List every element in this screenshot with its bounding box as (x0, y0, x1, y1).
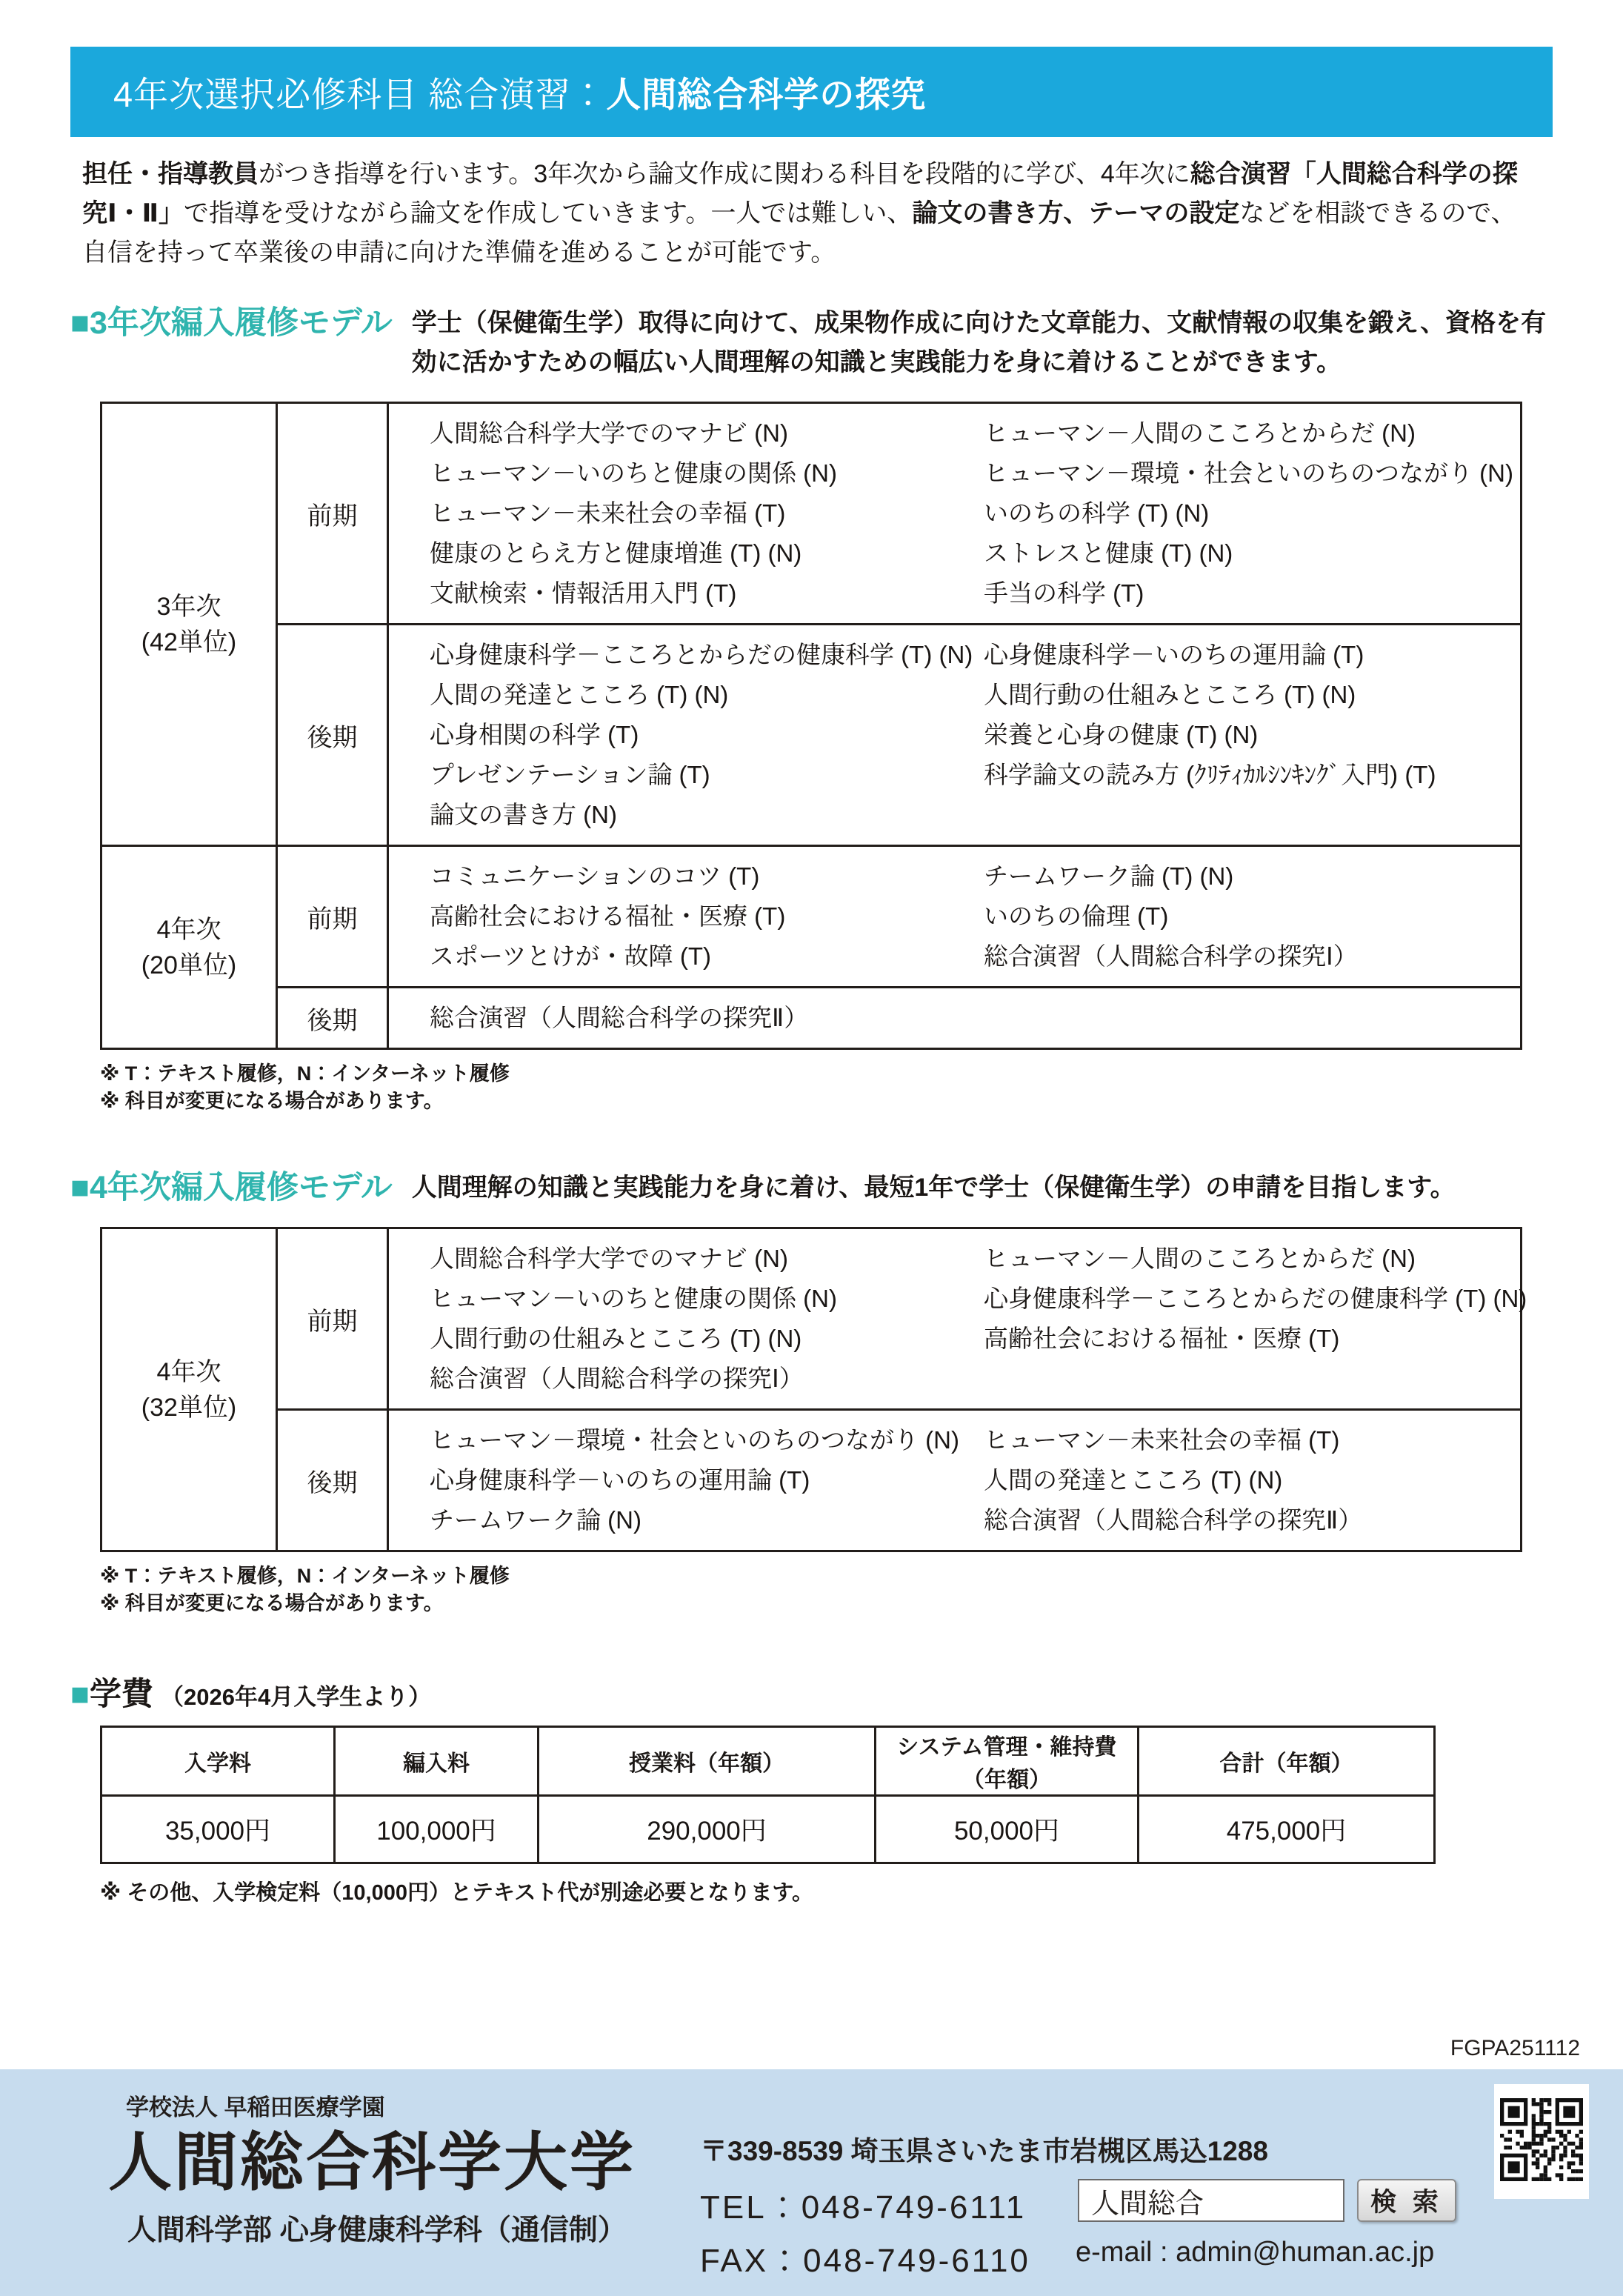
tel-number: TEL：048-749-6111 (700, 2180, 1026, 2228)
course-item: 人間行動の仕組みとこころ (T) (N) (984, 675, 1520, 715)
model3-table: 3年次 (42単位) 前期 人間総合科学大学でのマナビ (N)ヒューマン－いのち… (100, 402, 1522, 1050)
qr-code (1494, 2084, 1589, 2199)
course-item: いのちの倫理 (T) (984, 896, 1520, 936)
year-label: 4年次 (103, 912, 275, 948)
course-list: 総合演習（人間総合科学の探究Ⅱ） (430, 998, 984, 1038)
course-item: ヒューマン－いのちと健康の関係 (N) (430, 453, 984, 493)
fees-value: 100,000円 (335, 1796, 539, 1863)
model3-notes: ※ T：テキスト履修，N：インターネット履修 ※ 科目が変更になる場合があります… (100, 1060, 1553, 1115)
course-list: ヒューマン－人間のこころとからだ (N)心身健康科学－こころとからだの健康科学 … (984, 1239, 1527, 1399)
model3-title: ■3年次編入履修モデル (70, 304, 393, 342)
fees-title: 学費 (90, 1677, 153, 1712)
fees-value: 290,000円 (539, 1796, 876, 1863)
search-input[interactable] (1078, 2179, 1344, 2222)
note-line: ※ T：テキスト履修，N：インターネット履修 (100, 1563, 1553, 1590)
fees-header: 合計（年額） (1139, 1727, 1435, 1796)
fees-header: システム管理・維持費（年額） (876, 1727, 1139, 1796)
course-item: スポーツとけが・故障 (T) (430, 936, 984, 976)
term-cell: 後期 (277, 988, 388, 1049)
postal-address: 〒339-8539 埼玉県さいたま市岩槻区馬込1288 (700, 2129, 1268, 2169)
courses-cell: 心身健康科学－こころとからだの健康科学 (T) (N)人間の発達とこころ (T)… (388, 625, 1522, 846)
course-item: コミュニケーションのコツ (T) (430, 856, 984, 896)
courses-cell: 人間総合科学大学でのマナビ (N)ヒューマン－いのちと健康の関係 (N)人間行動… (388, 1228, 1522, 1410)
year-label: 4年次 (103, 1354, 275, 1390)
course-item: 総合演習（人間総合科学の探究Ⅰ） (430, 1359, 984, 1399)
table-row: 3年次 (42単位) 前期 人間総合科学大学でのマナビ (N)ヒューマン－いのち… (101, 403, 1522, 625)
course-list: 人間総合科学大学でのマナビ (N)ヒューマン－いのちと健康の関係 (N)人間行動… (430, 1239, 984, 1399)
qr-pattern-icon (1500, 2098, 1583, 2185)
course-item: ヒューマン－人間のこころとからだ (N) (984, 413, 1520, 453)
course-item: 心身健康科学－いのちの運用論 (T) (430, 1460, 984, 1500)
course-list: 人間総合科学大学でのマナビ (N)ヒューマン－いのちと健康の関係 (N)ヒューマ… (430, 413, 984, 613)
table-row: 後期 総合演習（人間総合科学の探究Ⅱ） (101, 988, 1522, 1049)
term-cell: 前期 (277, 403, 388, 625)
course-list (984, 998, 1520, 1038)
fees-table: 入学料 編入料 授業料（年額） システム管理・維持費（年額） 合計（年額） 35… (100, 1726, 1436, 1864)
course-item: 人間行動の仕組みとこころ (T) (N) (430, 1319, 984, 1359)
note-line: ※ 科目が変更になる場合があります。 (100, 1590, 1553, 1617)
course-item: チームワーク論 (N) (430, 1500, 984, 1540)
units-label: (20単位) (103, 948, 275, 983)
note-line: ※ 科目が変更になる場合があります。 (100, 1088, 1553, 1115)
year-cell: 4年次 (20単位) (101, 846, 277, 1049)
university-name: 人間総合科学大学 (108, 2111, 636, 2203)
intro-paragraph: 担任・指導教員がつき指導を行います。3年次から論文作成に関わる科目を段階的に学び… (82, 155, 1541, 273)
course-item: 健康のとらえ方と健康増進 (T) (N) (430, 533, 984, 573)
course-item: 人間総合科学大学でのマナビ (N) (430, 413, 984, 453)
term-cell: 後期 (277, 1410, 388, 1551)
term-cell: 前期 (277, 846, 388, 988)
intro-text: で指導を受けながら論文を作成していきます。一人では難しい、 (184, 199, 912, 227)
fees-header: 授業料（年額） (539, 1727, 876, 1796)
main-content: 4年次選択必修科目 総合演習：人間総合科学の探究 担任・指導教員がつき指導を行い… (0, 0, 1623, 1906)
header-banner: 4年次選択必修科目 総合演習：人間総合科学の探究 (70, 47, 1553, 137)
email-address: e-mail : admin@human.ac.jp (1076, 2237, 1434, 2269)
model4-title: ■4年次編入履修モデル (70, 1168, 393, 1207)
course-item: 心身健康科学－こころとからだの健康科学 (T) (N) (984, 1279, 1527, 1319)
model4-table: 4年次 (32単位) 前期 人間総合科学大学でのマナビ (N)ヒューマン－いのち… (100, 1227, 1522, 1552)
courses-cell: 人間総合科学大学でのマナビ (N)ヒューマン－いのちと健康の関係 (N)ヒューマ… (388, 403, 1522, 625)
fees-value: 50,000円 (876, 1796, 1139, 1863)
courses-cell: 総合演習（人間総合科学の探究Ⅱ） (388, 988, 1522, 1049)
course-item: 総合演習（人間総合科学の探究Ⅰ） (984, 936, 1520, 976)
banner-emphasis: 人間総合科学の探究 (606, 67, 926, 117)
course-item: 総合演習（人間総合科学の探究Ⅱ） (430, 998, 984, 1038)
course-list: コミュニケーションのコツ (T)高齢社会における福祉・医療 (T)スポーツとけが… (430, 856, 984, 976)
table-row: 後期 ヒューマン－環境・社会といのちのつながり (N)心身健康科学－いのちの運用… (101, 1410, 1522, 1551)
course-item: いのちの科学 (T) (N) (984, 493, 1520, 533)
course-item: 文献検索・情報活用入門 (T) (430, 573, 984, 613)
model4-notes: ※ T：テキスト履修，N：インターネット履修 ※ 科目が変更になる場合があります… (100, 1563, 1553, 1617)
fees-header: 編入料 (335, 1727, 539, 1796)
course-item: ヒューマン－未来社会の幸福 (T) (430, 493, 984, 533)
square-bullet-icon: ■ (70, 305, 90, 341)
units-label: (42単位) (103, 625, 275, 660)
course-item: 心身健康科学－いのちの運用論 (T) (984, 635, 1520, 675)
fees-header: 入学料 (101, 1727, 335, 1796)
course-list: ヒューマン－未来社会の幸福 (T)人間の発達とこころ (T) (N)総合演習（人… (984, 1420, 1520, 1540)
model4-description: 人間理解の知識と実践能力を身に着け、最短1年で学士（保健衛生学）の申請を目指しま… (412, 1168, 1456, 1208)
course-item: ヒューマン－未来社会の幸福 (T) (984, 1420, 1520, 1460)
note-line: ※ T：テキスト履修，N：インターネット履修 (100, 1060, 1553, 1088)
course-item: 高齢社会における福祉・医療 (T) (430, 896, 984, 936)
intro-bold-text: 担任・指導教員 (82, 160, 259, 188)
table-row: 後期 心身健康科学－こころとからだの健康科学 (T) (N)人間の発達とこころ … (101, 625, 1522, 846)
course-item: チームワーク論 (T) (N) (984, 856, 1520, 896)
course-item: 論文の書き方 (N) (430, 795, 984, 835)
course-item: 人間総合科学大学でのマナビ (N) (430, 1239, 984, 1279)
fees-title-note: （2026年4月入学生より） (161, 1678, 431, 1711)
year-cell: 4年次 (32単位) (101, 1228, 277, 1551)
courses-cell: コミュニケーションのコツ (T)高齢社会における福祉・医療 (T)スポーツとけが… (388, 846, 1522, 988)
year-label: 3年次 (103, 589, 275, 625)
model4-section-heading: ■4年次編入履修モデル 人間理解の知識と実践能力を身に着け、最短1年で学士（保健… (70, 1168, 1553, 1208)
year-cell: 3年次 (42単位) (101, 403, 277, 846)
term-cell: 前期 (277, 1228, 388, 1410)
square-bullet-icon: ■ (70, 1677, 90, 1712)
fees-header-row: 入学料 編入料 授業料（年額） システム管理・維持費（年額） 合計（年額） (101, 1727, 1435, 1796)
course-item: ヒューマン－環境・社会といのちのつながり (N) (984, 453, 1520, 493)
course-list: ヒューマン－環境・社会といのちのつながり (N)心身健康科学－いのちの運用論 (… (430, 1420, 984, 1540)
page: 4年次選択必修科目 総合演習：人間総合科学の探究 担任・指導教員がつき指導を行い… (0, 0, 1623, 2296)
course-item: 科学論文の読み方 (ｸﾘﾃｨｶﾙｼﾝｷﾝｸﾞ入門) (T) (984, 755, 1520, 795)
intro-bold-text: 論文の書き方、テーマの設定 (912, 199, 1239, 227)
course-item: 手当の科学 (T) (984, 573, 1520, 613)
course-item: 人間の発達とこころ (T) (N) (430, 675, 984, 715)
course-item: ストレスと健康 (T) (N) (984, 533, 1520, 573)
courses-cell: ヒューマン－環境・社会といのちのつながり (N)心身健康科学－いのちの運用論 (… (388, 1410, 1522, 1551)
units-label: (32単位) (103, 1390, 275, 1425)
fax-number: FAX：048-749-6110 (700, 2234, 1030, 2281)
course-item: 高齢社会における福祉・医療 (T) (984, 1319, 1527, 1359)
search-button[interactable]: 検 索 (1357, 2179, 1456, 2222)
table-row: 4年次 (32単位) 前期 人間総合科学大学でのマナビ (N)ヒューマン－いのち… (101, 1228, 1522, 1410)
course-list: 心身健康科学－いのちの運用論 (T)人間行動の仕組みとこころ (T) (N)栄養… (984, 635, 1520, 835)
table-row: 4年次 (20単位) 前期 コミュニケーションのコツ (T)高齢社会における福祉… (101, 846, 1522, 988)
course-item: ヒューマン－環境・社会といのちのつながり (N) (430, 1420, 984, 1460)
course-item: 総合演習（人間総合科学の探究Ⅱ） (984, 1500, 1520, 1540)
model3-section-heading: ■3年次編入履修モデル 学士（保健衛生学）取得に向けて、成果物作成に向けた文章能… (70, 304, 1553, 382)
fees-value: 475,000円 (1139, 1796, 1435, 1863)
course-item: 栄養と心身の健康 (T) (N) (984, 715, 1520, 755)
intro-text: がつき指導を行います。3年次から論文作成に関わる科目を段階的に学び、4年次に (259, 160, 1190, 188)
course-list: 心身健康科学－こころとからだの健康科学 (T) (N)人間の発達とこころ (T)… (430, 635, 984, 835)
fees-footnote: ※ その他、入学検定料（10,000円）とテキスト代が別途必要となります。 (100, 1876, 1553, 1906)
fees-value: 35,000円 (101, 1796, 335, 1863)
course-item: ヒューマン－いのちと健康の関係 (N) (430, 1279, 984, 1319)
fees-heading: ■ 学費 （2026年4月入学生より） (70, 1677, 1553, 1712)
course-item: 心身相関の科学 (T) (430, 715, 984, 755)
department-name: 人間科学部 心身健康科学科（通信制） (127, 2207, 627, 2249)
document-code: FGPA251112 (1450, 2036, 1580, 2061)
course-list: ヒューマン－人間のこころとからだ (N)ヒューマン－環境・社会といのちのつながり… (984, 413, 1520, 613)
course-list: チームワーク論 (T) (N)いのちの倫理 (T)総合演習（人間総合科学の探究Ⅰ… (984, 856, 1520, 976)
model3-description: 学士（保健衛生学）取得に向けて、成果物作成に向けた文章能力、文献情報の収集を鍛え… (412, 304, 1553, 382)
course-item: ヒューマン－人間のこころとからだ (N) (984, 1239, 1527, 1279)
banner-prefix: 4年次選択必修科目 総合演習： (113, 67, 606, 117)
footer: 学校法人 早稲田医療学園 人間総合科学大学 人間科学部 心身健康科学科（通信制）… (0, 2069, 1623, 2296)
course-item: プレゼンテーション論 (T) (430, 755, 984, 795)
fees-value-row: 35,000円 100,000円 290,000円 50,000円 475,00… (101, 1796, 1435, 1863)
course-item: 人間の発達とこころ (T) (N) (984, 1460, 1520, 1500)
course-item: 心身健康科学－こころとからだの健康科学 (T) (N) (430, 635, 984, 675)
square-bullet-icon: ■ (70, 1170, 90, 1205)
term-cell: 後期 (277, 625, 388, 846)
